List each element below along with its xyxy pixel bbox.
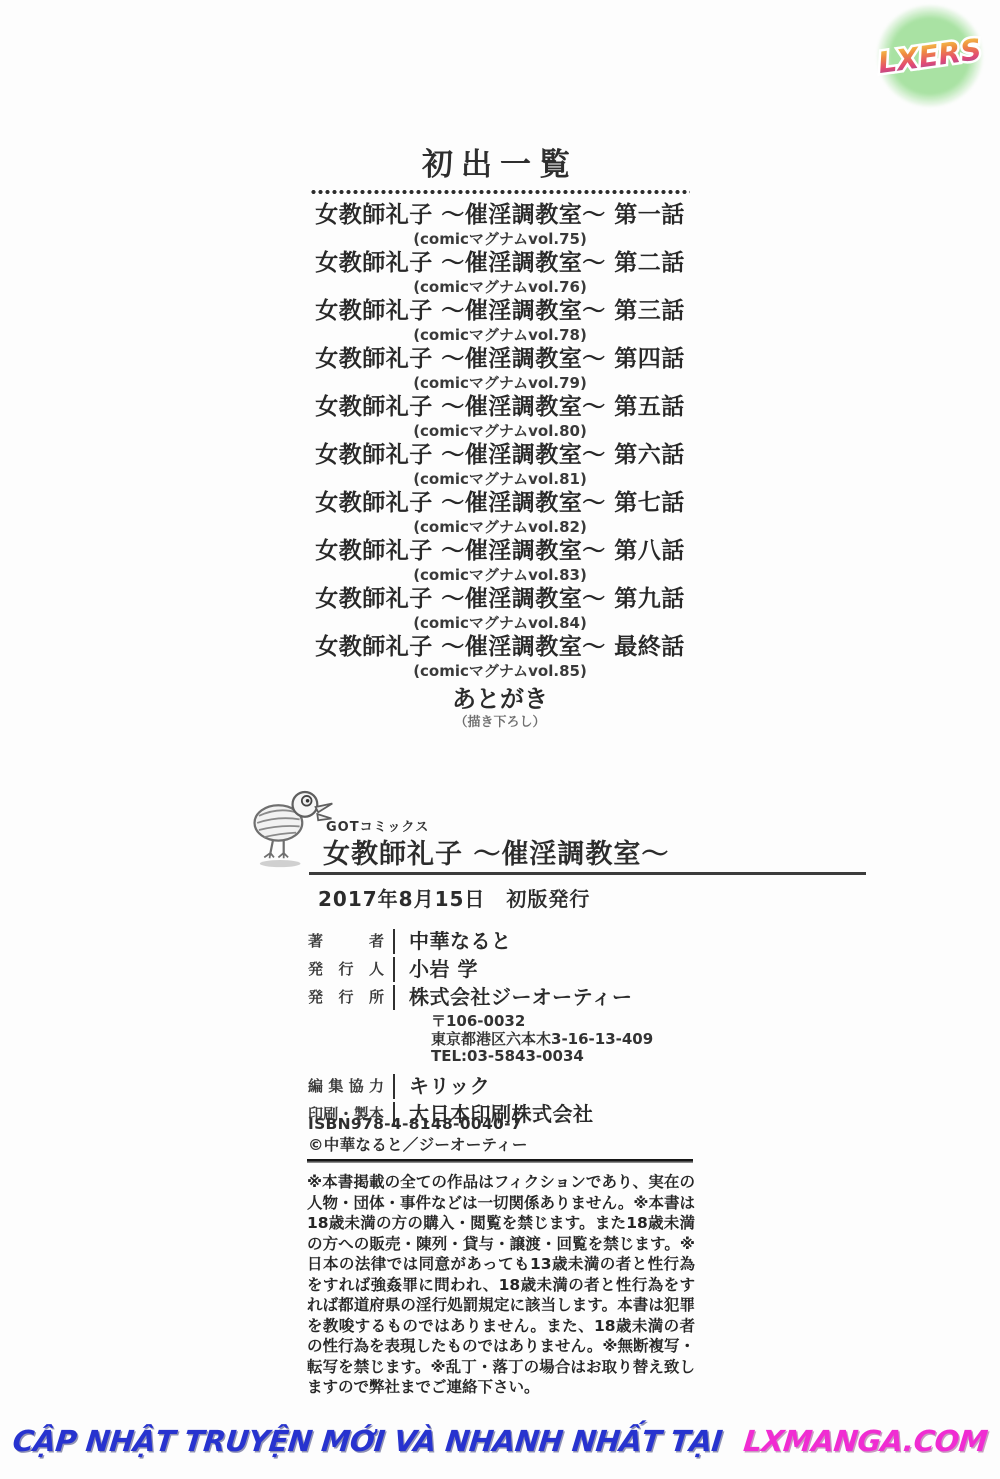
publication-entry-source: (comicマグナムvol.76) bbox=[0, 278, 1000, 296]
publication-entry-source: (comicマグナムvol.81) bbox=[0, 470, 1000, 488]
publication-entry: 女教師礼子 ～催淫調教室～ 最終話 (comicマグナムvol.85) bbox=[0, 633, 1000, 681]
publication-entry-source: (comicマグナムvol.85) bbox=[0, 662, 1000, 680]
editing-label: 編集協力 bbox=[308, 1074, 395, 1099]
publication-entry-title: 女教師礼子 ～催淫調教室～ 最終話 bbox=[0, 633, 1000, 662]
publication-entry-title: 女教師礼子 ～催淫調教室～ 第二話 bbox=[0, 249, 1000, 278]
publication-entry: 女教師礼子 ～催淫調教室～ 第二話 (comicマグナムvol.76) bbox=[0, 249, 1000, 297]
publication-entry-title: 女教師礼子 ～催淫調教室～ 第五話 bbox=[0, 393, 1000, 422]
publication-entry-title: 女教師礼子 ～催淫調教室～ 第一話 bbox=[0, 201, 1000, 230]
address-telephone: TEL:03-5843-0034 bbox=[431, 1048, 653, 1066]
publication-entry-source: (comicマグナムvol.79) bbox=[0, 374, 1000, 392]
address-street: 東京都港区六本木3-16-13-409 bbox=[431, 1031, 653, 1049]
disclaimer-text: ※本書掲載の全ての作品はフィクションであり、実在の人物・団体・事件などは一切関係… bbox=[307, 1172, 695, 1398]
book-title: 女教師礼子 ～催淫調教室～ bbox=[323, 832, 669, 871]
publication-entry: 女教師礼子 ～催淫調教室～ 第一話 (comicマグナムvol.75) bbox=[0, 201, 1000, 249]
publisher-name: 株式会社ジーオーティー bbox=[395, 985, 653, 1010]
credit-row-publisher: 発行所 株式会社ジーオーティー 〒106-0032 東京都港区六本木3-16-1… bbox=[308, 985, 768, 1066]
copyright-line: ©中華なると／ジーオーティー bbox=[308, 1135, 528, 1156]
credits-table: 著者 中華なると 発行人 小岩 学 発行所 株式会社ジーオーティー 〒106-0… bbox=[308, 929, 768, 1130]
author-label: 著者 bbox=[308, 929, 395, 954]
afterword-source: （描き下ろし） bbox=[0, 715, 1000, 731]
publisher-address: 〒106-0032 東京都港区六本木3-16-13-409 TEL:03-584… bbox=[395, 1013, 653, 1066]
publication-entry: 女教師礼子 ～催淫調教室～ 第三話 (comicマグナムvol.78) bbox=[0, 297, 1000, 345]
publication-entry-source: (comicマグナムvol.82) bbox=[0, 518, 1000, 536]
publication-entries: 女教師礼子 ～催淫調教室～ 第一話 (comicマグナムvol.75) 女教師礼… bbox=[0, 201, 1000, 681]
publisher-person-name: 小岩 学 bbox=[395, 957, 478, 982]
publication-entry: 女教師礼子 ～催淫調教室～ 第五話 (comicマグナムvol.80) bbox=[0, 393, 1000, 441]
publication-entry-source: (comicマグナムvol.83) bbox=[0, 566, 1000, 584]
credit-row-author: 著者 中華なると bbox=[308, 929, 768, 954]
bird-doodle-icon bbox=[244, 784, 334, 868]
publication-entry-source: (comicマグナムvol.84) bbox=[0, 614, 1000, 632]
publication-entry-title: 女教師礼子 ～催淫調教室～ 第三話 bbox=[0, 297, 1000, 326]
svg-text:LXERS: LXERS bbox=[876, 32, 984, 80]
publisher-person-label: 発行人 bbox=[308, 957, 395, 982]
publication-entry-title: 女教師礼子 ～催淫調教室～ 第七話 bbox=[0, 489, 1000, 518]
footer-banner: CẬP NHẬT TRUYỆN MỚI VÀ NHANH NHẤT TẠI LX… bbox=[0, 1424, 1000, 1458]
publication-entry: 女教師礼子 ～催淫調教室～ 第八話 (comicマグナムvol.83) bbox=[0, 537, 1000, 585]
publication-entry-source: (comicマグナムvol.78) bbox=[0, 326, 1000, 344]
isbn-number: ISBN978-4-8148-0040-7 bbox=[308, 1114, 528, 1135]
publication-entry: 女教師礼子 ～催淫調教室～ 第四話 (comicマグナムvol.79) bbox=[0, 345, 1000, 393]
afterword-entry: あとがき （描き下ろし） bbox=[0, 684, 1000, 731]
afterword-title: あとがき bbox=[0, 684, 1000, 715]
publication-entry: 女教師礼子 ～催淫調教室～ 第六話 (comicマグナムvol.81) bbox=[0, 441, 1000, 489]
lxers-logo-text-icon: LXERS bbox=[872, 0, 988, 112]
publisher-label: 発行所 bbox=[308, 985, 395, 1010]
publication-entry-title: 女教師礼子 ～催淫調教室～ 第九話 bbox=[0, 585, 1000, 614]
publication-entry-source: (comicマグナムvol.80) bbox=[0, 422, 1000, 440]
edition-date: 2017年8月15日 初版発行 bbox=[318, 883, 590, 912]
publication-list-title: 初出一覧 bbox=[0, 146, 1000, 184]
publication-entry: 女教師礼子 ～催淫調教室～ 第七話 (comicマグナムvol.82) bbox=[0, 489, 1000, 537]
address-postal-code: 〒106-0032 bbox=[431, 1013, 653, 1031]
publication-entry-title: 女教師礼子 ～催淫調教室～ 第六話 bbox=[0, 441, 1000, 470]
lxers-watermark-logo: LXERS bbox=[872, 0, 988, 112]
title-rule bbox=[309, 872, 866, 875]
publication-entry-title: 女教師礼子 ～催淫調教室～ 第八話 bbox=[0, 537, 1000, 566]
first-publication-list: 初出一覧 女教師礼子 ～催淫調教室～ 第一話 (comicマグナムvol.75)… bbox=[0, 146, 1000, 731]
publication-entry: 女教師礼子 ～催淫調教室～ 第九話 (comicマグナムvol.84) bbox=[0, 585, 1000, 633]
isbn-copyright-block: ISBN978-4-8148-0040-7 ©中華なると／ジーオーティー bbox=[308, 1114, 528, 1156]
editing-name: キリック bbox=[395, 1074, 490, 1099]
publication-entry-source: (comicマグナムvol.75) bbox=[0, 230, 1000, 248]
footer-message: CẬP NHẬT TRUYỆN MỚI VÀ NHANH NHẤT TẠI bbox=[11, 1424, 724, 1458]
author-name: 中華なると bbox=[395, 929, 512, 954]
footer-site-link[interactable]: LXMANGA.COM bbox=[742, 1424, 989, 1458]
credit-row-publisher-person: 発行人 小岩 学 bbox=[308, 957, 768, 982]
publication-entry-title: 女教師礼子 ～催淫調教室～ 第四話 bbox=[0, 345, 1000, 374]
dotted-divider bbox=[310, 189, 690, 195]
disclaimer-rule bbox=[307, 1159, 693, 1163]
credit-row-editing: 編集協力 キリック bbox=[308, 1074, 768, 1099]
colophon-page: LXERS 初出一覧 女教師礼子 ～催淫調教室～ 第一話 (comicマグナムv… bbox=[0, 0, 1000, 1479]
